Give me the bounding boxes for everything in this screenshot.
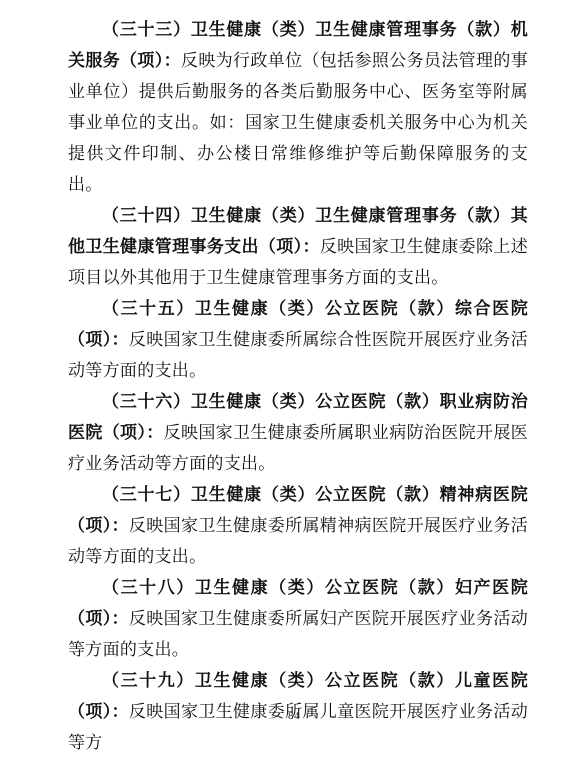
paragraph-body: 反映为行政单位（包括参照公务员法管理的事业单位）提供后勤服务的各类后勤服务中心、…	[68, 51, 528, 194]
paragraph-body: 反映国家卫生健康委所属精神病医院开展医疗业务活动等方面的支出。	[68, 516, 528, 566]
paragraph: （三十八）卫生健康（类）公立医院（款）妇产医院（项）：反映国家卫生健康委所属妇产…	[68, 572, 528, 665]
paragraph-body: 反映国家卫生健康委所属妇产医院开展医疗业务活动等方面的支出。	[68, 609, 528, 659]
page-number: 84	[0, 710, 588, 722]
document-page: （三十三）卫生健康（类）卫生健康管理事务（款）机关服务（项）：反映为行政单位（包…	[68, 14, 528, 758]
paragraph-body: 反映国家卫生健康委所属综合性医院开展医疗业务活动等方面的支出。	[68, 330, 528, 380]
paragraph: （三十六）卫生健康（类）公立医院（款）职业病防治医院（项）：反映国家卫生健康委所…	[68, 386, 528, 479]
paragraph: （三十七）卫生健康（类）公立医院（款）精神病医院（项）：反映国家卫生健康委所属精…	[68, 479, 528, 572]
paragraph: （三十三）卫生健康（类）卫生健康管理事务（款）机关服务（项）：反映为行政单位（包…	[68, 14, 528, 200]
paragraph: （三十五）卫生健康（类）公立医院（款）综合医院（项）：反映国家卫生健康委所属综合…	[68, 293, 528, 386]
paragraph: （三十四）卫生健康（类）卫生健康管理事务（款）其他卫生健康管理事务支出（项）：反…	[68, 200, 528, 293]
